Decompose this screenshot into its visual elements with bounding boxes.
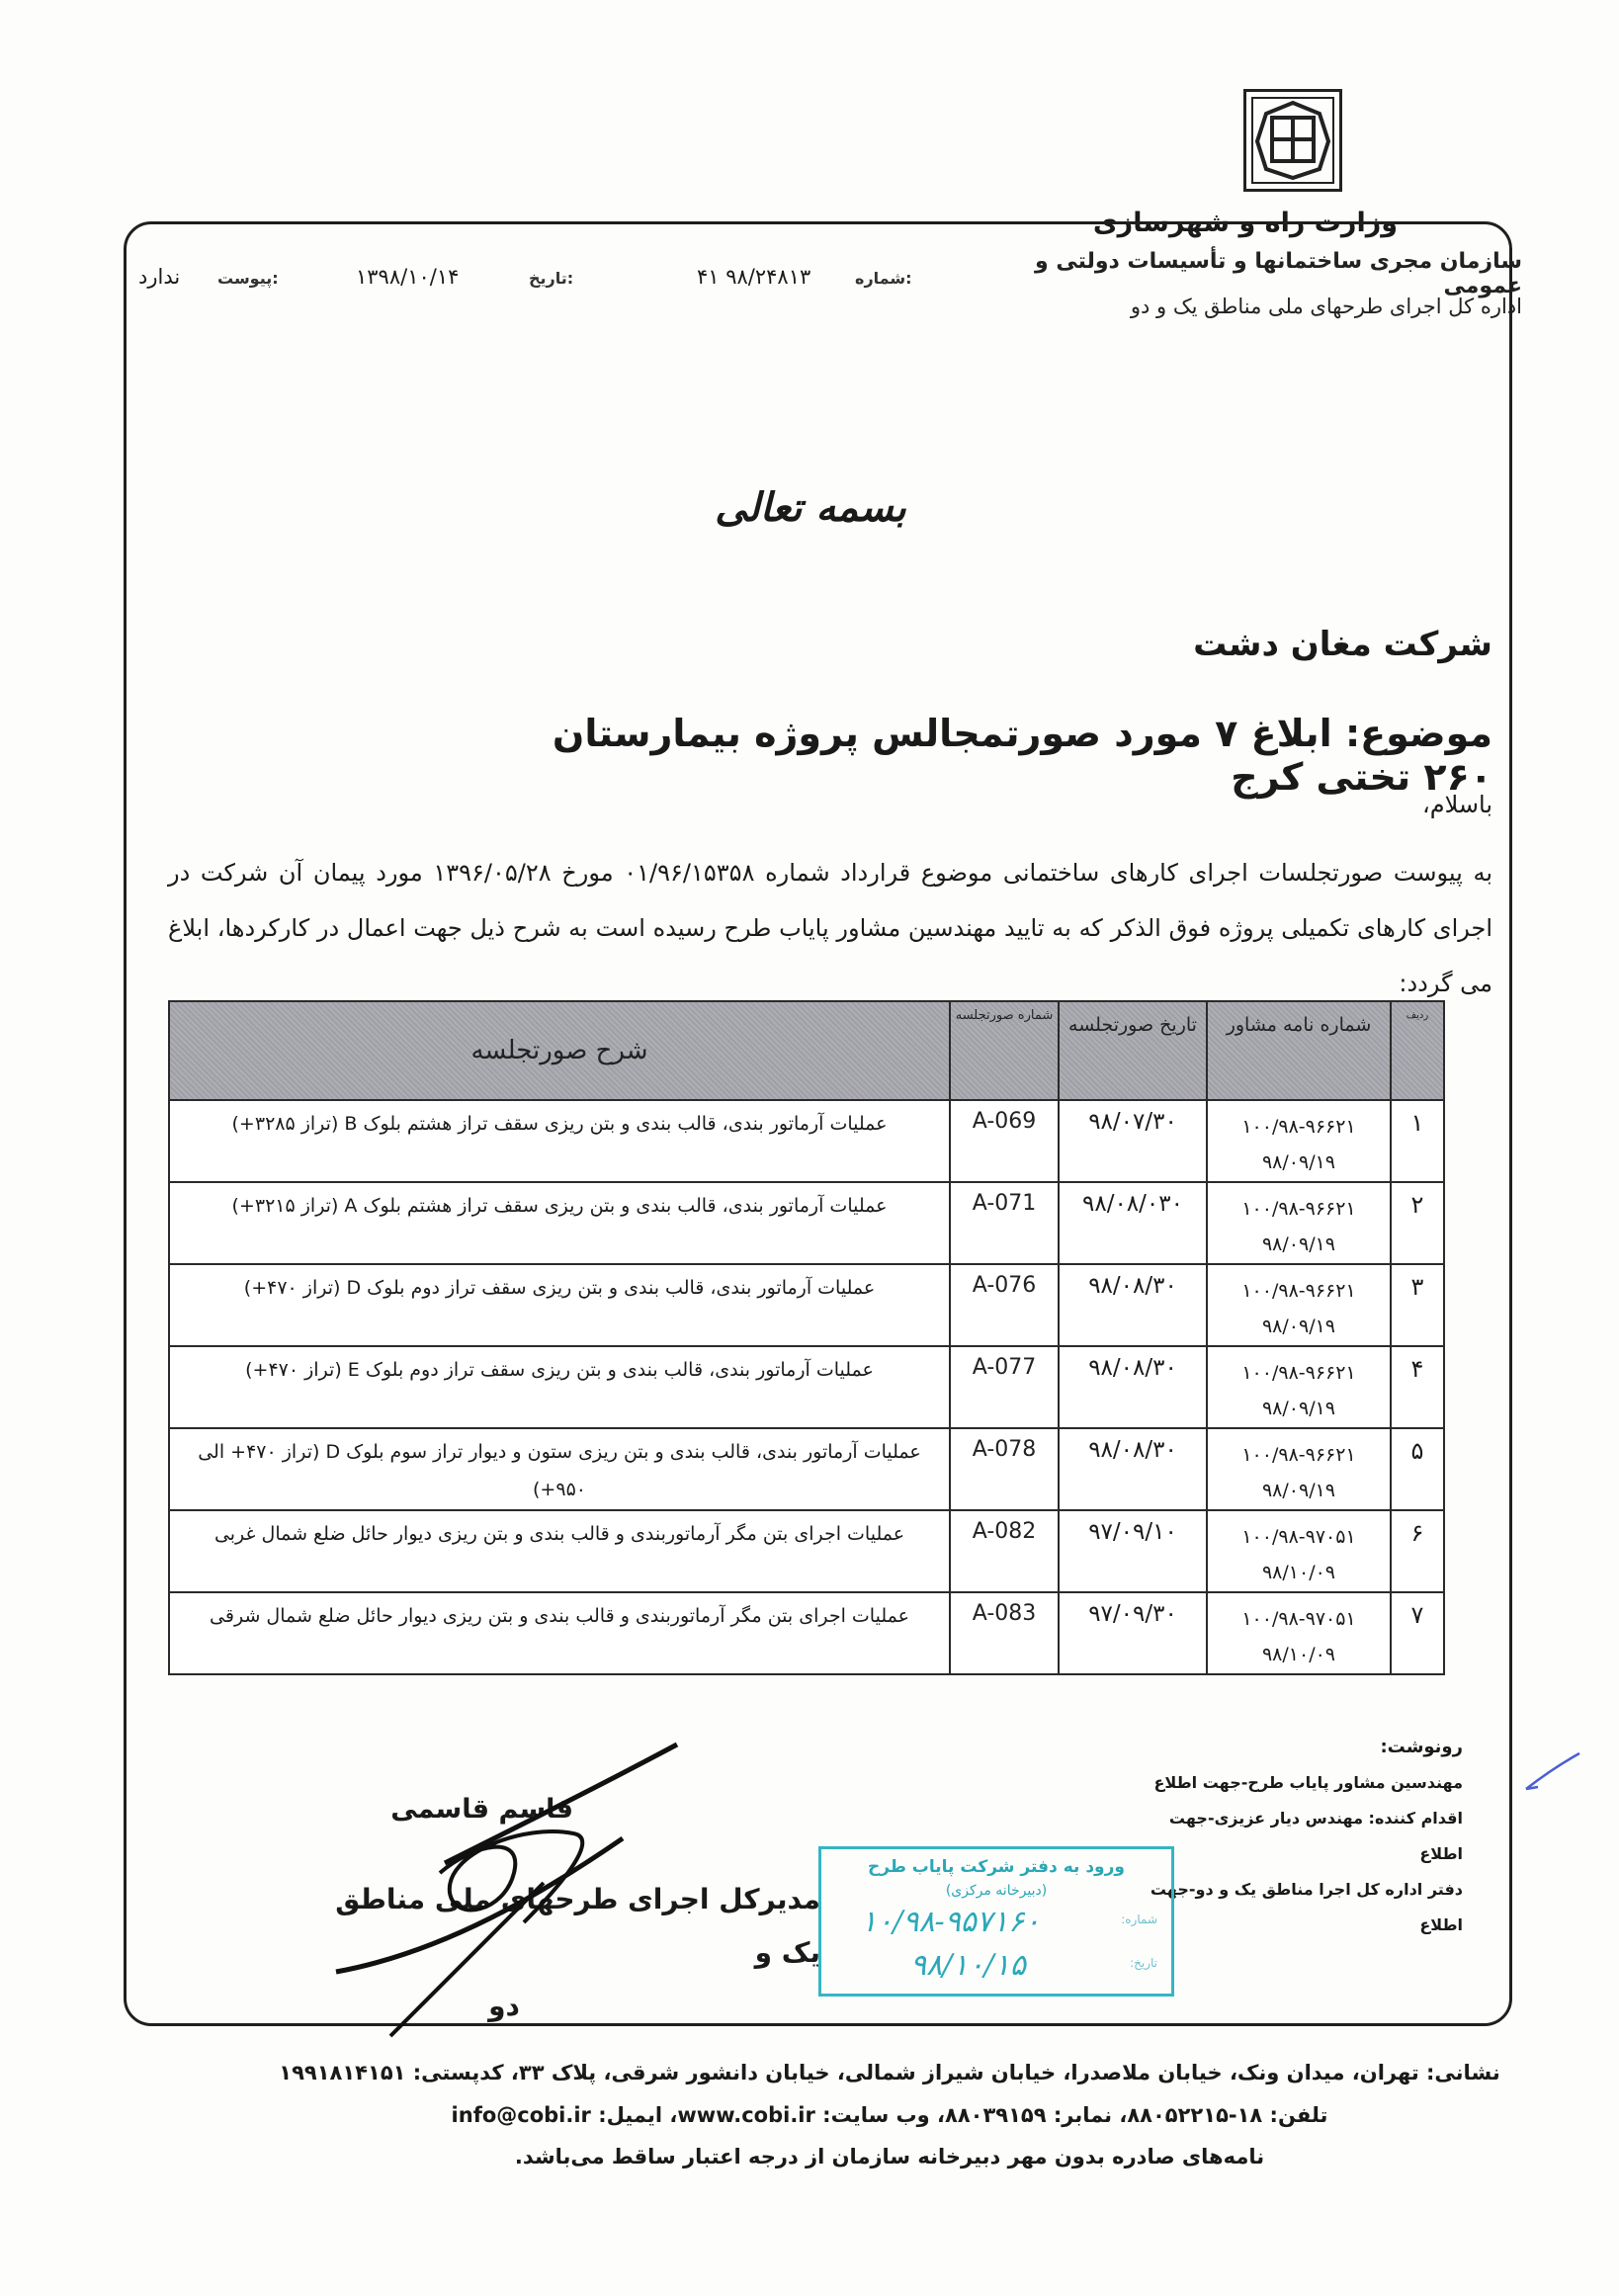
minutes-description: عملیات آرماتور بندی، قالب بندی و بتن ریز… — [169, 1182, 950, 1264]
minutes-description: عملیات اجرای بتن مگر آرماتوربندی و قالب … — [169, 1510, 950, 1592]
cc-item: اقدام کننده: مهندس دیار عزیزی-جهت اطلاع — [1137, 1801, 1463, 1872]
cc-list: رونوشت: مهندسین مشاور پایاب طرح-جهت اطلا… — [1137, 1730, 1463, 1943]
minutes-number: A-077 — [950, 1346, 1059, 1428]
minutes-description: عملیات اجرای بتن مگر آرماتوربندی و قالب … — [169, 1592, 950, 1674]
minutes-date: ۹۸/۰۷/۳۰ — [1059, 1100, 1207, 1182]
letter-number: ۱۰۰/۹۸-۹۶۶۲۱۹۸/۰۹/۱۹ — [1207, 1346, 1391, 1428]
minutes-number: A-069 — [950, 1100, 1059, 1182]
recipient: شرکت مغان دشت — [890, 625, 1492, 664]
minutes-description: عملیات آرماتور بندی، قالب بندی و بتن ریز… — [169, 1100, 950, 1182]
table-row: ۷ ۱۰۰/۹۸-۹۷۰۵۱۹۸/۱۰/۰۹ ۹۷/۰۹/۳۰ A-083 عم… — [169, 1592, 1444, 1674]
minutes-date: ۹۸/۰۸/۳۰ — [1059, 1264, 1207, 1346]
letter-number: ۱۰۰/۹۸-۹۶۶۲۱۹۸/۰۹/۱۹ — [1207, 1264, 1391, 1346]
letter-number: ۱۰۰/۹۸-۹۶۶۲۱۹۸/۰۹/۱۹ — [1207, 1428, 1391, 1510]
minutes-number: A-083 — [950, 1592, 1059, 1674]
ministry-logo — [1243, 89, 1342, 192]
letter-number: ۱۰۰/۹۸-۹۶۶۲۱۹۸/۰۹/۱۹ — [1207, 1182, 1391, 1264]
letter-number: ۱۰۰/۹۸-۹۶۶۲۱۹۸/۰۹/۱۹ — [1207, 1100, 1391, 1182]
table-row: ۲ ۱۰۰/۹۸-۹۶۶۲۱۹۸/۰۹/۱۹ ۹۸/۰۸/۰۳۰ A-071 ع… — [169, 1182, 1444, 1264]
stamp-subtitle: (دبیرخانه مرکزی) — [821, 1883, 1171, 1899]
row-number: ۴ — [1391, 1346, 1444, 1428]
salutation: باسلام، — [890, 791, 1492, 818]
header-row-number: ردیف — [1391, 1001, 1444, 1100]
header-letter-number: شماره نامه مشاور — [1207, 1001, 1391, 1100]
footer-contact: تلفن: ۱۸-۸۸۰۵۲۲۱۵، نمابر: ۸۸۰۳۹۱۵۹، وب س… — [277, 2103, 1502, 2127]
minutes-number: A-078 — [950, 1428, 1059, 1510]
date-label: تاریخ: — [529, 269, 573, 288]
minutes-date: ۹۸/۰۸/۳۰ — [1059, 1428, 1207, 1510]
table-row: ۶ ۱۰۰/۹۸-۹۷۰۵۱۹۸/۱۰/۰۹ ۹۷/۰۹/۱۰ A-082 عم… — [169, 1510, 1444, 1592]
stamp-number-label: شماره: — [1121, 1913, 1157, 1926]
stamp-date-value: ۹۸/۱۰/۱۵ — [910, 1948, 1026, 1983]
secretariat-stamp: ورود به دفتر شرکت پایاب طرح (دبیرخانه مر… — [818, 1846, 1174, 1997]
stamp-title: ورود به دفتر شرکت پایاب طرح — [821, 1857, 1171, 1877]
minutes-description: عملیات آرماتور بندی، قالب بندی و بتن ریز… — [169, 1428, 950, 1510]
minutes-date: ۹۸/۰۸/۰۳۰ — [1059, 1182, 1207, 1264]
attachment-label: پیوست: — [217, 269, 279, 288]
minutes-table: ردیف شماره نامه مشاور تاریخ صورتجلسه شما… — [168, 1000, 1445, 1675]
minutes-description: عملیات آرماتور بندی، قالب بندی و بتن ریز… — [169, 1264, 950, 1346]
letter-number: ۱۰۰/۹۸-۹۷۰۵۱۹۸/۱۰/۰۹ — [1207, 1510, 1391, 1592]
row-number: ۱ — [1391, 1100, 1444, 1182]
signature-scribble-icon — [326, 1725, 702, 2041]
cc-item: دفتر اداره کل اجرا مناطق یک و دو-جهت اطل… — [1137, 1872, 1463, 1943]
attachment-value: ندارد — [138, 265, 180, 289]
header-description: شرح صورتجلسه — [169, 1001, 950, 1100]
stamp-date-row: تاریخ: ۹۸/۱۰/۱۵ — [821, 1942, 1171, 1986]
letter-meta: ندارد پیوست: ۱۳۹۸/۱۰/۱۴ تاریخ: ۴۱ ۹۸/۲۴۸… — [138, 265, 909, 298]
date-value: ۱۳۹۸/۱۰/۱۴ — [356, 265, 459, 289]
header-date: تاریخ صورتجلسه — [1059, 1001, 1207, 1100]
letter-number: ۱۰۰/۹۸-۹۷۰۵۱۹۸/۱۰/۰۹ — [1207, 1592, 1391, 1674]
table-row: ۵ ۱۰۰/۹۸-۹۶۶۲۱۹۸/۰۹/۱۹ ۹۸/۰۸/۳۰ A-078 عم… — [169, 1428, 1444, 1510]
number-label: شماره: — [855, 269, 912, 288]
minutes-number: A-076 — [950, 1264, 1059, 1346]
table-header-row: ردیف شماره نامه مشاور تاریخ صورتجلسه شما… — [169, 1001, 1444, 1100]
footer-notice: نامه‌های صادره بدون مهر دبیرخانه سازمان … — [277, 2145, 1502, 2168]
row-number: ۵ — [1391, 1428, 1444, 1510]
minutes-date: ۹۷/۰۹/۳۰ — [1059, 1592, 1207, 1674]
basmala: بسمه تعالی — [692, 484, 929, 531]
table-row: ۱ ۱۰۰/۹۸-۹۶۶۲۱۹۸/۰۹/۱۹ ۹۸/۰۷/۳۰ A-069 عم… — [169, 1100, 1444, 1182]
table-row: ۳ ۱۰۰/۹۸-۹۶۶۲۱۹۸/۰۹/۱۹ ۹۸/۰۸/۳۰ A-076 عم… — [169, 1264, 1444, 1346]
row-number: ۶ — [1391, 1510, 1444, 1592]
stamp-number-value: ۱۰/۹۸-۹۵۷۱۶۰ — [861, 1905, 1040, 1939]
stamp-date-label: تاریخ: — [1130, 1956, 1157, 1970]
minutes-description: عملیات آرماتور بندی، قالب بندی و بتن ریز… — [169, 1346, 950, 1428]
row-number: ۳ — [1391, 1264, 1444, 1346]
cc-item: مهندسین مشاور پایاب طرح-جهت اطلاع — [1137, 1765, 1463, 1801]
footer-address: نشانی: تهران، میدان ونک، خیابان ملاصدرا،… — [277, 2061, 1502, 2084]
body-text: به پیوست صورتجلسات اجرای کارهای ساختمانی… — [168, 845, 1492, 1011]
emblem-icon — [1254, 100, 1331, 181]
row-number: ۲ — [1391, 1182, 1444, 1264]
row-number: ۷ — [1391, 1592, 1444, 1674]
cc-title: رونوشت: — [1137, 1730, 1463, 1765]
table-row: ۴ ۱۰۰/۹۸-۹۶۶۲۱۹۸/۰۹/۱۹ ۹۸/۰۸/۳۰ A-077 عم… — [169, 1346, 1444, 1428]
minutes-number: A-082 — [950, 1510, 1059, 1592]
minutes-date: ۹۷/۰۹/۱۰ — [1059, 1510, 1207, 1592]
stamp-number-row: شماره: ۱۰/۹۸-۹۵۷۱۶۰ — [821, 1899, 1171, 1942]
minutes-number: A-071 — [950, 1182, 1059, 1264]
handwritten-arrow-icon — [1522, 1749, 1581, 1799]
subject: موضوع: ابلاغ ۷ مورد صورتمجالس پروژه بیما… — [474, 712, 1492, 799]
header-minutes-number: شماره صورتجلسه — [950, 1001, 1059, 1100]
minutes-date: ۹۸/۰۸/۳۰ — [1059, 1346, 1207, 1428]
number-value: ۴۱ ۹۸/۲۴۸۱۳ — [697, 265, 810, 289]
